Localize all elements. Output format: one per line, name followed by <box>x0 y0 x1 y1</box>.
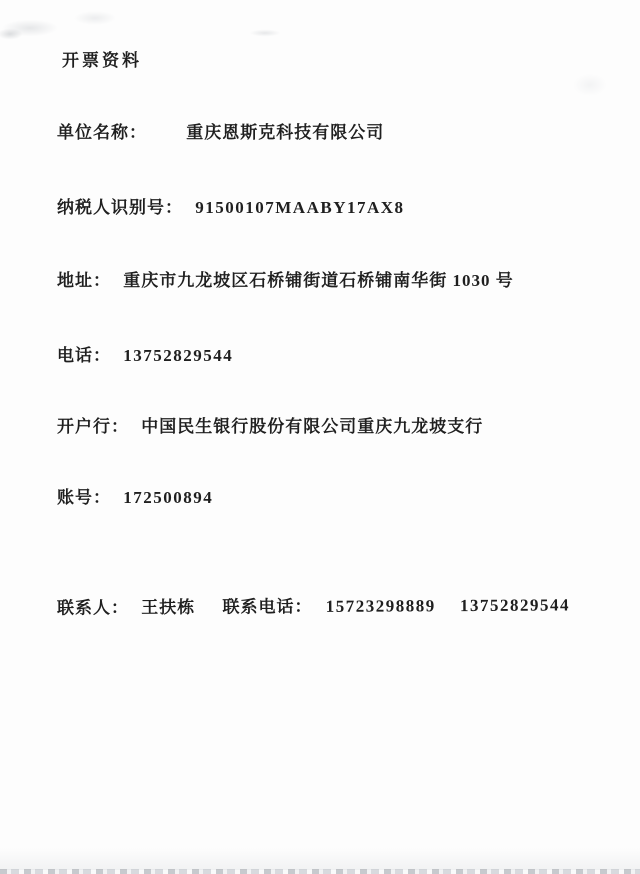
field-bank: 开户行： 中国民生银行股份有限公司重庆九龙坡支行 <box>57 412 483 437</box>
scan-bottom-haze <box>0 848 640 870</box>
field-account-number: 账号： 172500894 <box>57 483 213 508</box>
contact-person-label: 联系人： <box>57 593 129 618</box>
scan-bottom-edge-artifact <box>0 869 640 874</box>
field-company-name: 单位名称： 重庆恩斯克科技有限公司 <box>57 118 384 143</box>
taxpayer-id-label: 纳税人识别号： <box>57 193 183 218</box>
company-name-value: 重庆恩斯克科技有限公司 <box>186 118 384 143</box>
contact-person-name: 王扶栋 <box>141 593 195 618</box>
taxpayer-id-value: 91500107MAABY17AX8 <box>195 198 404 218</box>
scan-smudge-top-center <box>240 26 290 40</box>
field-taxpayer-id: 纳税人识别号： 91500107MAABY17AX8 <box>57 193 405 218</box>
field-contact: 联系人： 王扶栋 联系电话： 15723298889 13752829544 <box>57 590 570 618</box>
account-number-label: 账号： <box>57 483 111 508</box>
account-number-value: 172500894 <box>123 488 213 508</box>
scan-smudge-right <box>560 60 620 110</box>
field-address: 地址： 重庆市九龙坡区石桥铺街道石桥铺南华街 1030 号 <box>57 266 514 291</box>
company-name-label: 单位名称： <box>57 118 147 143</box>
document-title: 开票资料 <box>62 46 142 71</box>
field-phone: 电话： 13752829544 <box>57 341 233 366</box>
scanned-invoice-info-page: 开票资料 单位名称： 重庆恩斯克科技有限公司 纳税人识别号： 91500107M… <box>0 0 640 874</box>
phone-label: 电话： <box>57 341 111 366</box>
phone-value: 13752829544 <box>123 346 233 366</box>
bank-value: 中国民生银行股份有限公司重庆九龙坡支行 <box>141 412 483 437</box>
address-value: 重庆市九龙坡区石桥铺街道石桥铺南华街 1030 号 <box>123 266 514 291</box>
scan-smudge-top-left <box>0 0 180 40</box>
bank-label: 开户行： <box>57 412 129 437</box>
contact-phone-label: 联系电话： <box>222 592 312 618</box>
contact-phone-numbers: 15723298889 13752829544 <box>326 590 570 616</box>
address-label: 地址： <box>57 266 111 291</box>
